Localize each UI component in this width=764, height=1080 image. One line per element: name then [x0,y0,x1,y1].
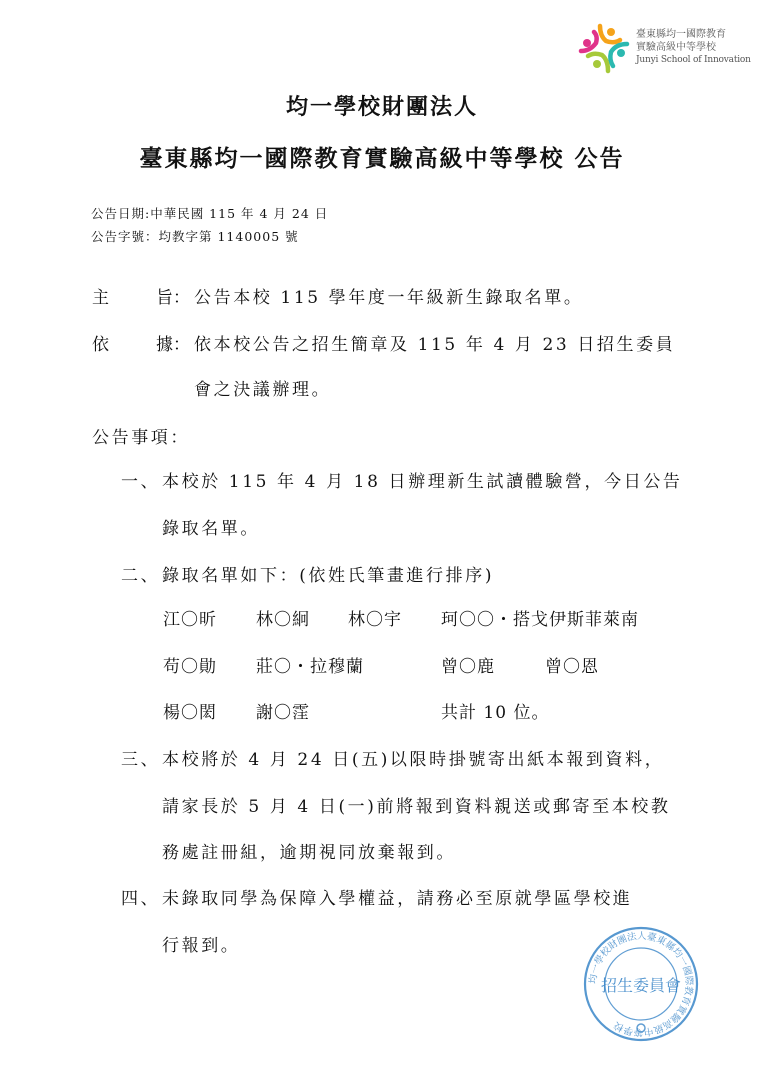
item-3-line-3: 務處註冊組，逾期視同放棄報到。 [162,838,456,863]
admitted-name: 曾〇鹿 [441,652,495,677]
logo-mark-icon [578,22,630,74]
item-4-line-1: 未錄取同學為保障入學權益，請務必至原就學區學校進 [162,884,632,909]
logo-name-en: Junyi School of Innovation [636,54,751,67]
document-number: 公告字號：均教字第 1140005 號 [91,227,299,245]
basis-line-1: 依本校公告之招生簡章及 115 年 4 月 23 日招生委員 [194,330,675,355]
school-logo: 臺東縣均一國際教育 實驗高級中等學校 Junyi School of Innov… [578,22,754,74]
admitted-name: 楊〇閎 [163,698,217,723]
item-1-line-2: 錄取名單。 [162,514,260,539]
basis-label-a: 依 [92,330,109,355]
subject-label-a: 主 [92,283,109,308]
admitted-name: 謝〇霔 [256,698,310,723]
logo-text: 臺東縣均一國際教育 實驗高級中等學校 Junyi School of Innov… [636,28,751,67]
logo-name-line2: 實驗高級中等學校 [636,41,751,54]
admitted-name: 林〇絅 [256,605,310,630]
org-title: 均一學校財團法人 [0,90,764,121]
admitted-name: 江〇昕 [163,605,217,630]
item-2-line-1: 錄取名單如下：(依姓氏筆畫進行排序) [162,561,494,586]
committee-seal: 均一學校財團法人臺東縣均一國際教育實驗高級中等學校 招生委員會 [582,925,700,1043]
basis-label-b: 據： [156,330,190,355]
logo-name-line1: 臺東縣均一國際教育 [636,28,751,41]
announcement-date: 公告日期:中華民國 115 年 4 月 24 日 [91,204,328,222]
basis-line-2: 會之決議辦理。 [194,375,331,400]
admitted-name: 珂〇〇・搭戈伊斯菲萊南 [441,605,639,630]
item-2-number: 二、 [121,561,160,586]
admitted-total: 共計 10 位。 [441,698,549,723]
items-heading: 公告事項： [92,423,190,448]
announcement-title: 臺東縣均一國際教育實驗高級中等學校 公告 [0,140,764,173]
item-4-number: 四、 [121,884,160,909]
admitted-name: 苟〇勛 [163,652,217,677]
item-4-line-2: 行報到。 [162,931,240,956]
subject-label-b: 旨： [156,283,190,308]
item-3-line-2: 請家長於 5 月 4 日(一)前將報到資料親送或郵寄至本校教 [162,792,671,817]
subject-text: 公告本校 115 學年度一年級新生錄取名單。 [194,283,583,308]
admitted-name: 曾〇恩 [545,652,599,677]
item-3-number: 三、 [121,745,160,770]
admitted-name: 林〇宇 [348,605,402,630]
admitted-name: 莊〇・拉穆蘭 [256,652,364,677]
seal-icon: 均一學校財團法人臺東縣均一國際教育實驗高級中等學校 招生委員會 [582,925,700,1043]
item-1-number: 一、 [121,467,160,492]
item-1-line-1: 本校於 115 年 4 月 18 日辦理新生試讀體驗營，今日公告 [162,467,683,492]
svg-text:招生委員會: 招生委員會 [601,976,681,995]
item-3-line-1: 本校將於 4 月 24 日(五)以限時掛號寄出紙本報到資料， [162,745,664,770]
